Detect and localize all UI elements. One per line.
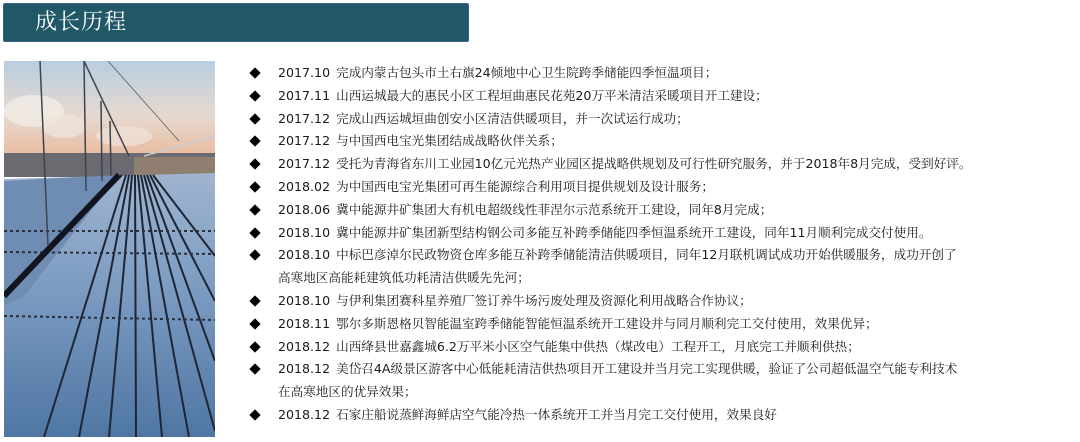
timeline-text: 完成山西运城垣曲创安小区清洁供暖项目，并一次试运行成功；	[336, 111, 689, 126]
timeline-text: 鄂尔多斯恩格贝智能温室跨季储能智能恒温系统开工建设并与同月顺利完工交付使用，效果…	[336, 316, 878, 331]
diamond-bullet-icon	[249, 295, 260, 306]
timeline-text: 受托为青海省东川工业园10亿元光热产业园区提战略供规划及可行性研究服务，并于20…	[336, 156, 971, 171]
timeline-item: 2018.10中标巴彦淖尔民政物资仓库多能互补跨季储能清洁供暖项目，同年12月联…	[248, 244, 1078, 290]
diamond-bullet-icon	[249, 250, 260, 261]
diamond-bullet-icon	[249, 204, 260, 215]
timeline-text: 与中国西电宝光集团结成战略伙伴关系；	[336, 133, 563, 148]
timeline-date: 2018.10	[278, 293, 330, 308]
diamond-bullet-icon	[249, 318, 260, 329]
section-title: 成长历程	[35, 9, 127, 37]
timeline-date: 2017.11	[278, 88, 330, 103]
timeline-date: 2018.12	[278, 407, 330, 422]
timeline-text: 中标巴彦淖尔民政物资仓库多能互补跨季储能清洁供暖项目，同年12月联机调试成功开始…	[336, 247, 957, 262]
timeline-text: 冀中能源井矿集团新型结构钢公司多能互补跨季储能四季恒温系统开工建设，同年11月顺…	[336, 225, 931, 240]
diamond-bullet-icon	[249, 341, 260, 352]
diamond-bullet-icon	[249, 67, 260, 78]
timeline-date: 2017.12	[278, 133, 330, 148]
timeline-date: 2018.12	[278, 361, 330, 376]
timeline-item: 2018.10与伊利集团赛科星养殖厂签订养牛场污废处理及资源化利用战略合作协议；	[248, 290, 1078, 313]
timeline-date: 2018.02	[278, 179, 330, 194]
timeline-item: 2017.12完成山西运城垣曲创安小区清洁供暖项目，并一次试运行成功；	[248, 108, 1078, 131]
diamond-bullet-icon	[249, 90, 260, 101]
timeline-item: 2017.10完成内蒙古包头市土右旗24倾地中心卫生院跨季储能四季恒温项目；	[248, 62, 1078, 85]
timeline-item: 2018.02为中国西电宝光集团可再生能源综合利用项目提供规划及设计服务；	[248, 176, 1078, 199]
timeline-list: 2017.10完成内蒙古包头市土右旗24倾地中心卫生院跨季储能四季恒温项目； 2…	[248, 62, 1078, 427]
timeline-date: 2018.06	[278, 202, 330, 217]
timeline-date: 2018.12	[278, 339, 330, 354]
solar-collector-photo	[4, 61, 215, 437]
timeline-item: 2017.12受托为青海省东川工业园10亿元光热产业园区提战略供规划及可行性研究…	[248, 153, 1078, 176]
diamond-bullet-icon	[249, 409, 260, 420]
timeline-text: 冀中能源井矿集团大有机电超级线性菲涅尔示范系统开工建设，同年8月完成；	[336, 202, 772, 217]
timeline-date: 2017.12	[278, 156, 330, 171]
diamond-bullet-icon	[249, 227, 260, 238]
timeline-text-continuation: 在高寒地区的优异效果；	[278, 384, 417, 399]
section-header: 成长历程	[3, 3, 469, 42]
timeline-item: 2017.11山西运城最大的惠民小区工程垣曲惠民花苑20万平米清洁采暖项目开工建…	[248, 85, 1078, 108]
timeline-text: 石家庄船说蒸鲜海鲜店空气能冷热一体系统开工并当月完工交付使用，效果良好	[336, 407, 777, 422]
timeline-item: 2018.12美岱召4A级景区游客中心低能耗清洁供热项目开工建设并当月完工实现供…	[248, 358, 1078, 404]
timeline-date: 2017.12	[278, 111, 330, 126]
diamond-bullet-icon	[249, 364, 260, 375]
timeline-item: 2018.06冀中能源井矿集团大有机电超级线性菲涅尔示范系统开工建设，同年8月完…	[248, 199, 1078, 222]
timeline-date: 2018.10	[278, 247, 330, 262]
timeline-item: 2018.12石家庄船说蒸鲜海鲜店空气能冷热一体系统开工并当月完工交付使用，效果…	[248, 404, 1078, 427]
photo-image-icon	[4, 61, 215, 437]
diamond-bullet-icon	[249, 136, 260, 147]
diamond-bullet-icon	[249, 113, 260, 124]
timeline-date: 2017.10	[278, 65, 330, 80]
timeline-text: 美岱召4A级景区游客中心低能耗清洁供热项目开工建设并当月完工实现供暖，验证了公司…	[336, 361, 957, 376]
diamond-bullet-icon	[249, 159, 260, 170]
timeline-date: 2018.10	[278, 225, 330, 240]
timeline-item: 2018.10冀中能源井矿集团新型结构钢公司多能互补跨季储能四季恒温系统开工建设…	[248, 222, 1078, 245]
timeline-text-continuation: 高寒地区高能耗建筑低功耗清洁供暖先先河；	[278, 270, 530, 285]
timeline-text: 山西绛县世嘉鑫城6.2万平米小区空气能集中供热（煤改电）工程开工，月底完工并顺利…	[336, 339, 860, 354]
timeline-date: 2018.11	[278, 316, 330, 331]
timeline-item: 2017.12与中国西电宝光集团结成战略伙伴关系；	[248, 130, 1078, 153]
timeline-text: 与伊利集团赛科星养殖厂签订养牛场污废处理及资源化利用战略合作协议；	[336, 293, 752, 308]
timeline-text: 完成内蒙古包头市土右旗24倾地中心卫生院跨季储能四季恒温项目；	[336, 65, 717, 80]
timeline-text: 山西运城最大的惠民小区工程垣曲惠民花苑20万平米清洁采暖项目开工建设；	[336, 88, 768, 103]
timeline-text: 为中国西电宝光集团可再生能源综合利用项目提供规划及设计服务；	[336, 179, 714, 194]
diamond-bullet-icon	[249, 181, 260, 192]
timeline-item: 2018.12山西绛县世嘉鑫城6.2万平米小区空气能集中供热（煤改电）工程开工，…	[248, 336, 1078, 359]
timeline-item: 2018.11鄂尔多斯恩格贝智能温室跨季储能智能恒温系统开工建设并与同月顺利完工…	[248, 313, 1078, 336]
